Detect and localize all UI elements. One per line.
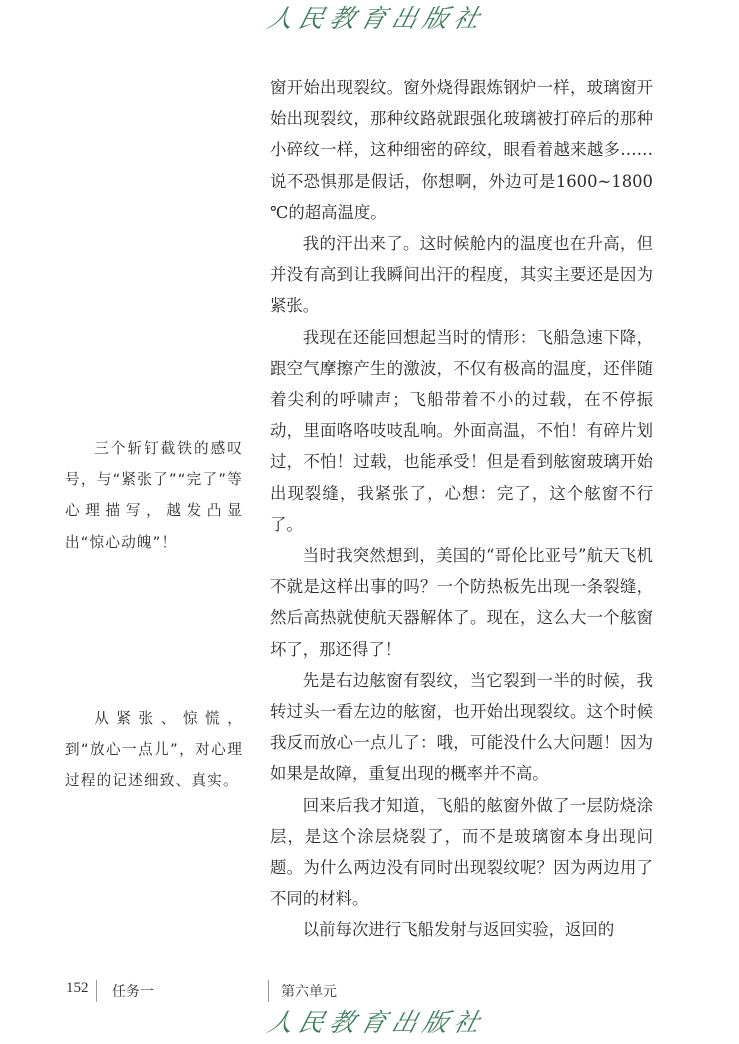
margin-note-1: 三个斩钉截铁的感叹号，与“紧张了”“完了”等心理描写，越发凸显出“惊心动魄”！: [65, 433, 243, 558]
paragraph-6: 回来后我才知道，飞船的舷窗外做了一层防烧涂层，是这个涂层烧裂了，而不是玻璃窗本身…: [270, 790, 653, 915]
margin-note-text: 三个斩钉截铁的感叹号，与“紧张了”“完了”等心理描写，越发凸显出“惊心动魄”！: [65, 433, 243, 558]
footer-divider: [96, 980, 97, 1002]
paragraph-7: 以前每次进行飞船发射与返回实验，返回的: [270, 914, 653, 945]
paragraph-1: 窗开始出现裂纹。窗外烧得跟炼钢炉一样，玻璃窗开始出现裂纹，那种纹路就跟强化玻璃被…: [270, 72, 653, 228]
footer-divider: [268, 980, 269, 1002]
footer-task-label: 任务一: [112, 981, 154, 1001]
paragraph-2: 我的汗出来了。这时候舱内的温度也在升高，但并没有高到让我瞬间出汗的程度，其实主要…: [270, 228, 653, 322]
main-text-column: 窗开始出现裂纹。窗外烧得跟炼钢炉一样，玻璃窗开始出现裂纹，那种纹路就跟强化玻璃被…: [270, 72, 653, 946]
publisher-logo-header: 人民教育出版社: [264, 2, 482, 36]
margin-note-text: 从紧张、惊慌，到“放心一点儿”，对心理过程的记述细致、真实。: [65, 703, 243, 797]
publisher-logo-footer: 人民教育出版社: [264, 1006, 482, 1040]
paragraph-5: 先是右边舷窗有裂纹，当它裂到一半的时候，我转过头一看左边的舷窗，也开始出现裂纹。…: [270, 665, 653, 790]
page-footer: 152 任务一 第六单元: [0, 978, 739, 1002]
margin-note-2: 从紧张、惊慌，到“放心一点儿”，对心理过程的记述细致、真实。: [65, 703, 243, 797]
paragraph-4: 当时我突然想到，美国的“哥伦比亚号”航天飞机不就是这样出事的吗？一个防热板先出现…: [270, 540, 653, 665]
page-number: 152: [66, 980, 89, 997]
footer-unit-label: 第六单元: [281, 981, 337, 1001]
paragraph-3: 我现在还能回想起当时的情形：飞船急速下降，跟空气摩擦产生的激波，不仅有极高的温度…: [270, 322, 653, 540]
